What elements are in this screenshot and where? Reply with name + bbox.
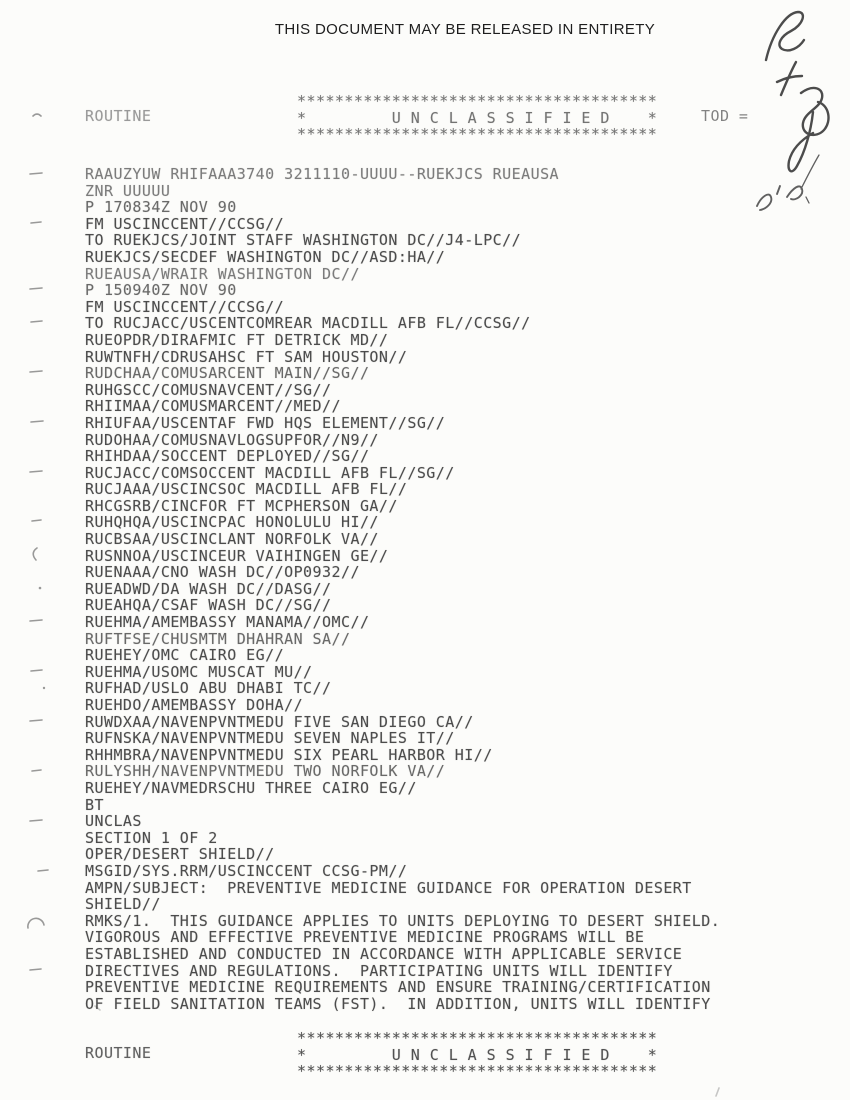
precedence-label-top: ROUTINE — [85, 107, 151, 125]
message-line: RUEOPDR/DIRAFMIC FT DETRICK MD// — [85, 332, 720, 349]
message-line: BT — [85, 797, 720, 814]
message-line: RUEAUSA/WRAIR WASHINGTON DC// — [85, 266, 720, 283]
classification-banner-bottom: ************************************** *… — [297, 1030, 657, 1080]
message-line: PREVENTIVE MEDICINE REQUIREMENTS AND ENS… — [85, 979, 720, 996]
message-line: RULYSHH/NAVENPVNTMEDU TWO NORFOLK VA// — [85, 763, 720, 780]
message-line: MSGID/SYS.RRM/USCINCCENT CCSG-PM// — [85, 863, 720, 880]
message-line: RUWTNFH/CDRUSAHSC FT SAM HOUSTON// — [85, 349, 720, 366]
message-line: TO RUEKJCS/JOINT STAFF WASHINGTON DC//J4… — [85, 232, 720, 249]
message-line: RUEAHQA/CSAF WASH DC//SG// — [85, 597, 720, 614]
banner-stars-row: ************************************** — [297, 126, 657, 143]
message-line: RUHQHQA/USCINCPAC HONOLULU HI// — [85, 514, 720, 531]
message-line: SHIELD// — [85, 896, 720, 913]
message-line: RUEHMA/USOMC MUSCAT MU// — [85, 664, 720, 681]
message-line: UNCLAS — [85, 813, 720, 830]
message-line: AMPN/SUBJECT: PREVENTIVE MEDICINE GUIDAN… — [85, 880, 720, 897]
message-line: RHCGSRB/CINCFOR FT MCPHERSON GA// — [85, 498, 720, 515]
message-line: RMKS/1. THIS GUIDANCE APPLIES TO UNITS D… — [85, 913, 720, 930]
message-line: RUCJACC/COMSOCCENT MACDILL AFB FL//SG// — [85, 465, 720, 482]
message-line: RUCBSAA/USCINCLANT NORFOLK VA// — [85, 531, 720, 548]
message-line: RUHGSCC/COMUSNAVCENT//SG// — [85, 382, 720, 399]
banner-classification-row: * U N C L A S S I F I E D * — [297, 110, 657, 127]
message-line: P 170834Z NOV 90 — [85, 199, 720, 216]
message-line: RUDOHAA/COMUSNAVLOGSUPFOR//N9// — [85, 432, 720, 449]
message-line: ESTABLISHED AND CONDUCTED IN ACCORDANCE … — [85, 946, 720, 963]
handwritten-note — [757, 155, 819, 210]
message-line: RUDCHAA/COMUSARCENT MAIN//SG// — [85, 365, 720, 382]
message-line: ZNR UUUUU — [85, 183, 720, 200]
message-line: RUEHMA/AMEMBASSY MANAMA//OMC// — [85, 614, 720, 631]
message-line: RHIUFAA/USCENTAF FWD HQS ELEMENT//SG// — [85, 415, 720, 432]
message-line: RUCJAAA/USCINCSOC MACDILL AFB FL// — [85, 481, 720, 498]
message-line: RUEHEY/OMC CAIRO EG// — [85, 647, 720, 664]
banner-stars-row: ************************************** — [297, 1030, 657, 1047]
message-line: OF FIELD SANITATION TEAMS (FST). IN ADDI… — [85, 996, 720, 1013]
message-line: RUFTFSE/CHUSMTM DHAHRAN SA// — [85, 631, 720, 648]
message-line: RUEHDO/AMEMBASSY DOHA// — [85, 697, 720, 714]
message-line: SECTION 1 OF 2 — [85, 830, 720, 847]
message-line: DIRECTIVES AND REGULATIONS. PARTICIPATIN… — [85, 963, 720, 980]
precedence-label-bottom: ROUTINE — [85, 1044, 151, 1062]
message-line: RUFHAD/USLO ABU DHABI TC// — [85, 680, 720, 697]
scanned-message-page: THIS DOCUMENT MAY BE RELEASED IN ENTIRET… — [0, 0, 850, 1100]
message-line: FM USCINCCENT//CCSG// — [85, 299, 720, 316]
message-line: FM USCINCCENT//CCSG// — [85, 216, 720, 233]
message-line: RHHMBRA/NAVENPVNTMEDU SIX PEARL HARBOR H… — [85, 747, 720, 764]
message-line: VIGOROUS AND EFFECTIVE PREVENTIVE MEDICI… — [85, 929, 720, 946]
message-line: OPER/DESERT SHIELD// — [85, 846, 720, 863]
message-line: RUENAAA/CNO WASH DC//OP0932// — [85, 564, 720, 581]
message-line: RUWDXAA/NAVENPVNTMEDU FIVE SAN DIEGO CA/… — [85, 714, 720, 731]
message-line: RUEHEY/NAVMEDRSCHU THREE CAIRO EG// — [85, 780, 720, 797]
message-line: RHIHDAA/SOCCENT DEPLOYED//SG// — [85, 448, 720, 465]
message-line: RAAUZYUW RHIFAAA3740 3211110-UUUU--RUEKJ… — [85, 166, 720, 183]
message-line: P 150940Z NOV 90 — [85, 282, 720, 299]
banner-stars-row: ************************************** — [297, 93, 657, 110]
message-line: TO RUCJACC/USCENTCOMREAR MACDILL AFB FL/… — [85, 315, 720, 332]
message-body: RAAUZYUW RHIFAAA3740 3211110-UUUU--RUEKJ… — [85, 166, 720, 1012]
banner-classification-row: * U N C L A S S I F I E D * — [297, 1047, 657, 1064]
message-line: RUEADWD/DA WASH DC//DASG// — [85, 581, 720, 598]
classification-banner-top: ************************************** *… — [297, 93, 657, 143]
tod-label: TOD = — [701, 107, 748, 125]
message-line: RUFNSKA/NAVENPVNTMEDU SEVEN NAPLES IT// — [85, 730, 720, 747]
banner-stars-row: ************************************** — [297, 1063, 657, 1080]
message-line: RUEKJCS/SECDEF WASHINGTON DC//ASD:HA// — [85, 249, 720, 266]
release-notice: THIS DOCUMENT MAY BE RELEASED IN ENTIRET… — [80, 21, 850, 38]
message-line: RUSNNOA/USCINCEUR VAIHINGEN GE// — [85, 548, 720, 565]
message-line: RHIIMAA/COMUSMARCENT//MED// — [85, 398, 720, 415]
